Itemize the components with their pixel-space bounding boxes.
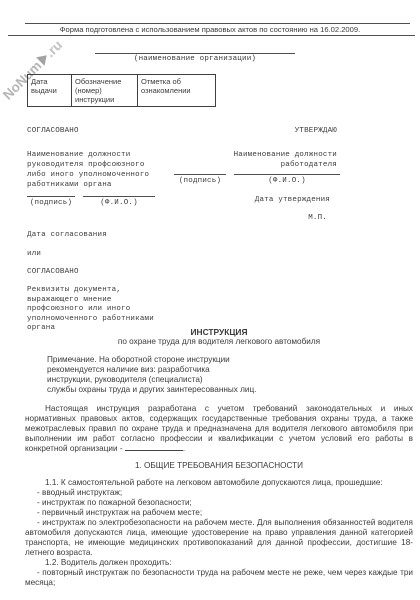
agreed-label: СОГЛАСОВАНО xyxy=(27,126,173,136)
requisites-line: выражающего мнение xyxy=(27,296,173,306)
paragraph-1-2: 1.2. Водитель должен проходить: xyxy=(25,558,413,568)
approve-label: УТВЕРЖДАЮ xyxy=(174,126,340,136)
list-item: - инструктаж по пожарной безопасности; xyxy=(25,498,413,508)
list-item: - вводный инструктаж; xyxy=(25,488,413,498)
employer-position-line: Наименование должности xyxy=(174,150,337,160)
header-rule-bottom xyxy=(8,35,415,36)
union-position-line: руководителя профсоюзного xyxy=(27,160,173,170)
union-position-line: Наименование должности xyxy=(27,150,173,160)
issue-table-col-number: Обозначение (номер) инструкции xyxy=(72,75,138,107)
document-title: ИНСТРУКЦИЯ xyxy=(25,327,413,337)
document-page: NoNum.ru Форма подготовлена с использова… xyxy=(0,0,420,600)
intro-text: Настоящая инструкция разработана с учето… xyxy=(25,404,413,453)
issue-table-header-row: Дата выдачи Обозначение (номер) инструкц… xyxy=(28,75,216,107)
agreed-label-2: СОГЛАСОВАНО xyxy=(27,267,173,277)
approval-date-label: Дата утверждения xyxy=(174,195,340,205)
document-subtitle: по охране труда для водителя легкового а… xyxy=(25,337,413,347)
issue-table-col-acknowledgement: Отметка об ознакомлении xyxy=(138,75,216,107)
note-line: службы охраны труда и других заинтересов… xyxy=(47,385,413,395)
name-line: (Ф.И.О.) xyxy=(234,174,340,186)
issue-table-col-issue-date: Дата выдачи xyxy=(28,75,72,107)
note-block: Примечание. На оборотной стороне инструк… xyxy=(47,355,413,395)
list-item: - первичный инструктаж на рабочем месте; xyxy=(25,508,413,518)
employer-position-lines: Наименование должности работодателя xyxy=(174,150,340,170)
agreement-signature-row: (подпись) (Ф.И.О.) xyxy=(27,196,173,208)
header-rule-top xyxy=(25,23,410,24)
requisites-line: профсоюзного или иного xyxy=(27,305,173,315)
approval-block: УТВЕРЖДАЮ Наименование должности работод… xyxy=(174,122,340,223)
note-line: Примечание. На оборотной стороне инструк… xyxy=(47,355,413,365)
main-content: ИНСТРУКЦИЯ по охране труда для водителя … xyxy=(25,327,413,588)
organization-caption: (наименование организации) xyxy=(95,55,295,63)
union-position-line: либо иного уполномоченного xyxy=(27,170,173,180)
paragraph-1-1: 1.1. К самостоятельной работе на легково… xyxy=(25,478,413,488)
form-prepared-note: Форма подготовлена с использованием прав… xyxy=(0,25,420,34)
issue-table: Дата выдачи Обозначение (номер) инструкц… xyxy=(27,74,216,107)
intro-paragraph: Настоящая инструкция разработана с учето… xyxy=(25,404,413,454)
signature-line: (подпись) xyxy=(27,196,75,208)
organization-blank-line xyxy=(95,53,295,54)
note-line: рекомендуется наличие виз: разработчика xyxy=(47,365,413,375)
blank-line xyxy=(125,444,183,451)
union-position-line: работниками органа xyxy=(27,180,173,190)
stamp-label: М.П. xyxy=(174,213,340,223)
signature-line: (подпись) xyxy=(174,174,226,186)
name-line: (Ф.И.О.) xyxy=(83,196,155,208)
note-line: инструкции, руководителя (специалиста) xyxy=(47,375,413,385)
section-1-heading: 1. ОБЩИЕ ТРЕБОВАНИЯ БЕЗОПАСНОСТИ xyxy=(25,461,413,471)
intro-tail: . xyxy=(183,444,185,453)
requisites-line: Реквизиты документа, xyxy=(27,286,173,296)
agreement-block: СОГЛАСОВАНО Наименование должности руков… xyxy=(27,122,173,334)
union-position-lines: Наименование должности руководителя проф… xyxy=(27,150,173,190)
or-label: или xyxy=(27,249,173,259)
approval-signature-row: (подпись) (Ф.И.О.) xyxy=(174,174,340,186)
list-item: - инструктаж по электробезопасности на р… xyxy=(25,518,413,558)
agreement-date-label: Дата согласования xyxy=(27,230,173,240)
employer-position-line: работодателя xyxy=(174,160,337,170)
requisites-line: уполномоченного работниками xyxy=(27,315,173,325)
list-item: - повторный инструктаж по безопасности т… xyxy=(25,568,413,588)
